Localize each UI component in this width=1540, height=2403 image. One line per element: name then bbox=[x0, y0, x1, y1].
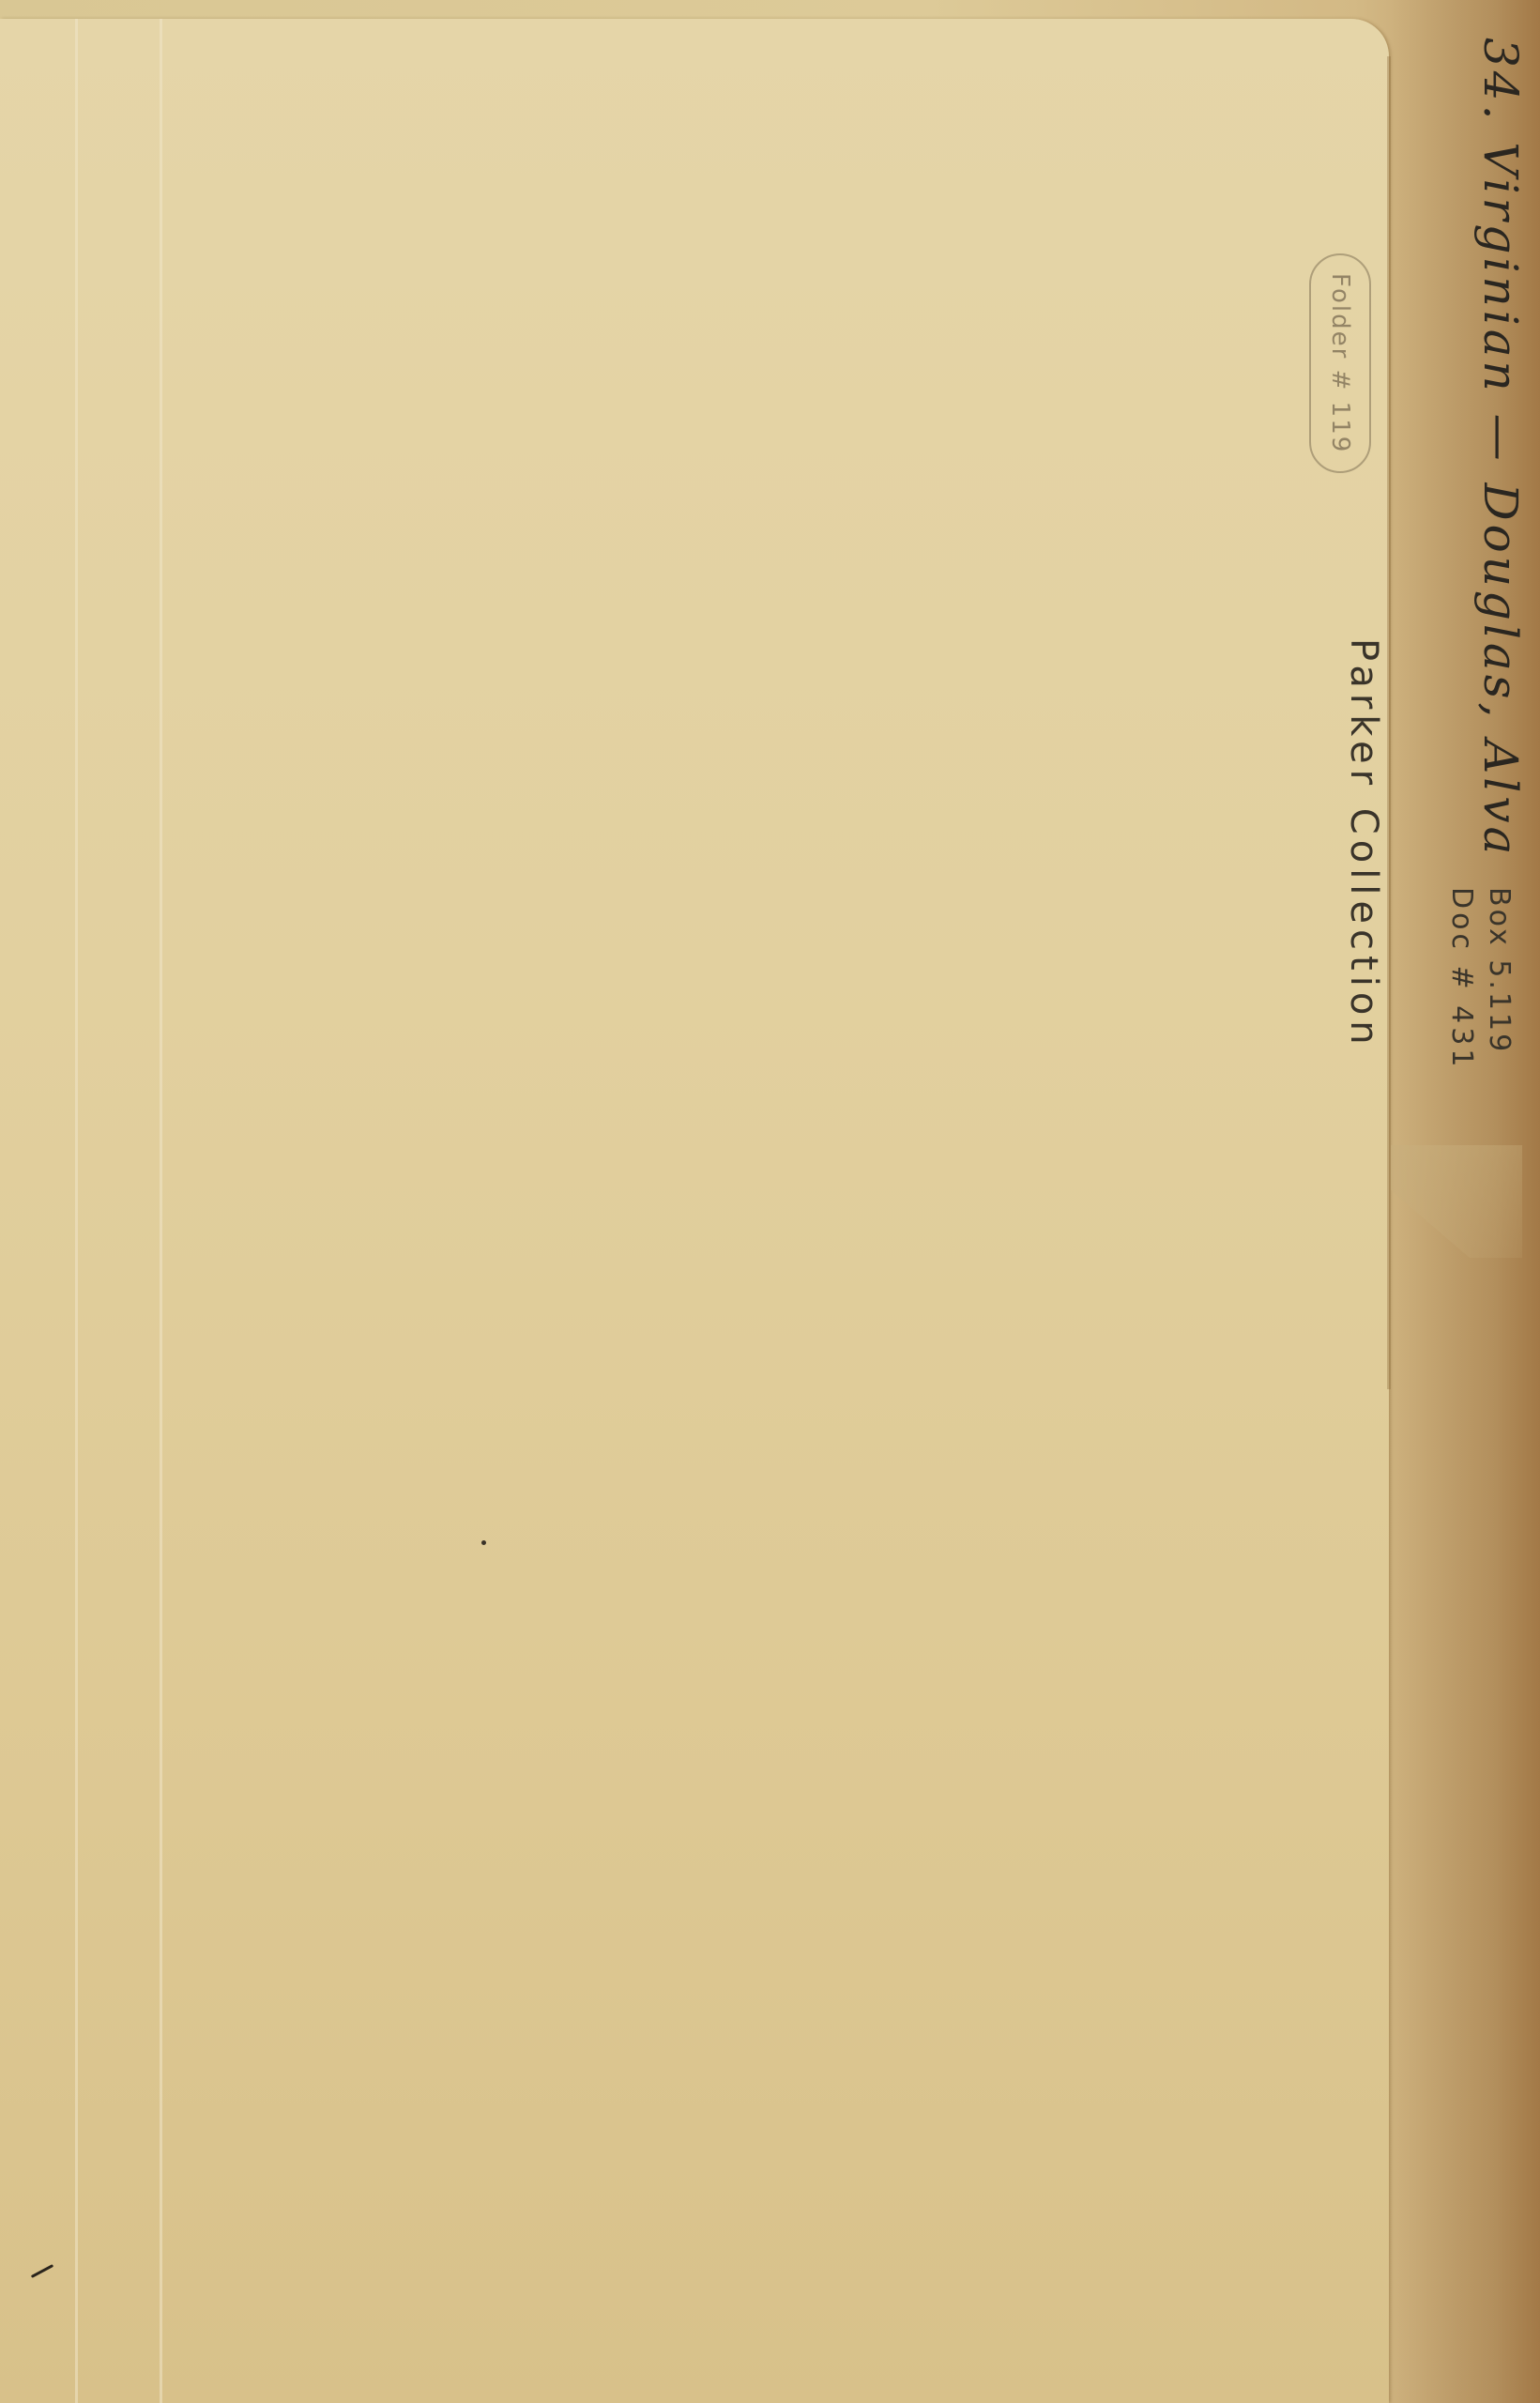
paper-speck bbox=[481, 1540, 486, 1545]
folder-number-text: Folder # 119 bbox=[1326, 273, 1354, 453]
front-folder-panel bbox=[0, 19, 1389, 2403]
folder-number-stamp: Folder # 119 bbox=[1309, 253, 1371, 473]
front-folder-edge bbox=[1387, 56, 1391, 1389]
collection-label: Parker Collection bbox=[1342, 638, 1385, 1050]
folder-tab-label: 34. Virginian — Douglas, Alva bbox=[1473, 38, 1528, 858]
fold-score-line bbox=[160, 19, 162, 2403]
box-number: Box 5.119 bbox=[1483, 887, 1516, 1054]
fold-score-line bbox=[75, 19, 78, 2403]
doc-number: Doc # 431 bbox=[1445, 887, 1478, 1070]
